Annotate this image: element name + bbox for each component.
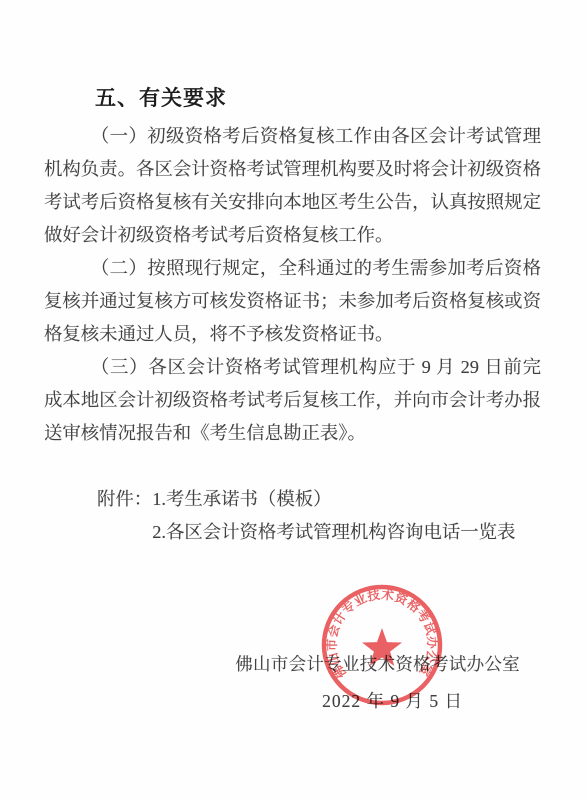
attachment-item-2: 2.各区会计资格考试管理机构咨询电话一览表 [152,516,515,549]
attachments-label: 附件： [97,483,152,549]
signature-office: 佛山市会计专业技术资格考试办公室 [44,648,541,681]
paragraph-1: （一）初级资格考后资格复核工作由各区会计考试管理机构负责。各区会计资格考试管理机… [44,120,541,252]
document-page: 五、有关要求 （一）初级资格考后资格复核工作由各区会计考试管理机构负责。各区会计… [0,0,586,800]
paragraph-2: （二）按照现行规定，全科通过的考生需参加考后资格复核并通过复核方可核发资格证书；… [44,252,541,351]
paragraph-3: （三）各区会计资格考试管理机构应于 9 月 29 日前完成本地区会计初级资格考试… [44,351,541,450]
signature-block: 佛山市会计专业技术资格考试办公室 2022 年 9 月 5 日 [44,648,541,718]
attachments-block: 附件： 1.考生承诺书（模板） 2.各区会计资格考试管理机构咨询电话一览表 [44,483,541,549]
section-heading: 五、有关要求 [44,86,541,112]
attachment-item-1: 1.考生承诺书（模板） [152,483,515,516]
signature-date: 2022 年 9 月 5 日 [44,685,541,718]
attachments-list: 1.考生承诺书（模板） 2.各区会计资格考试管理机构咨询电话一览表 [152,483,515,549]
